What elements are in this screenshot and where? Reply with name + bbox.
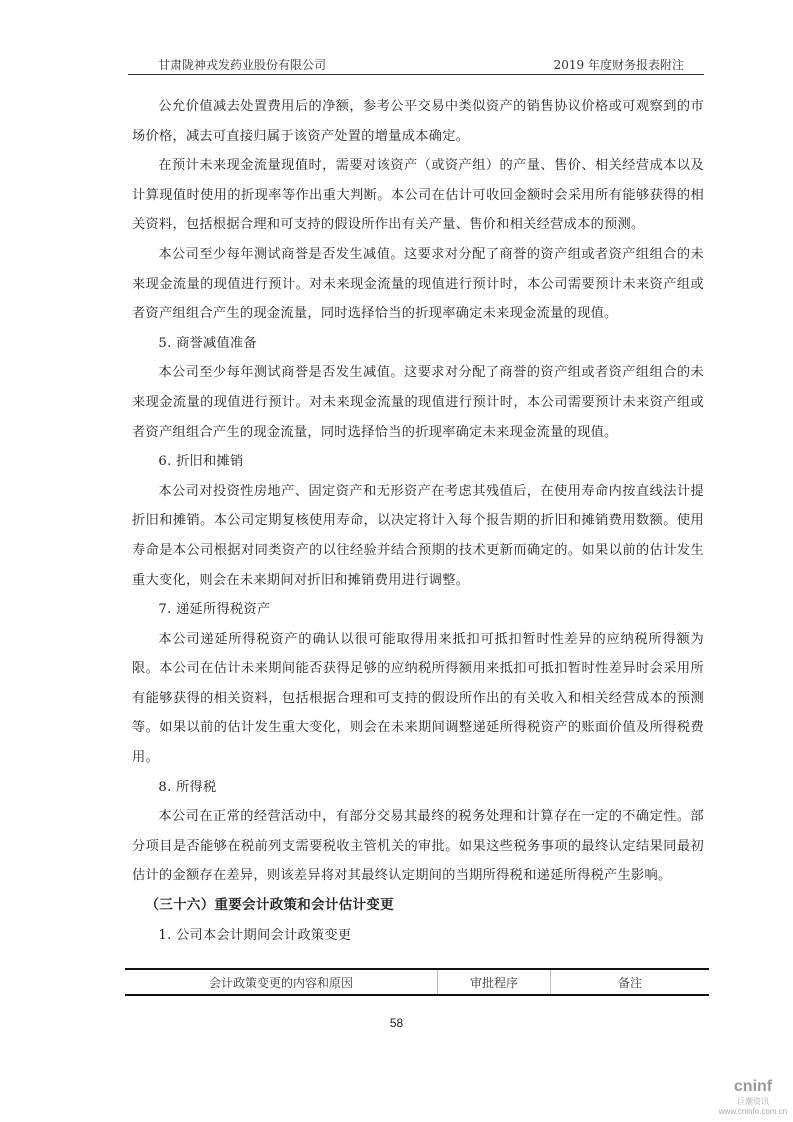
cninfo-logo: cninf — [718, 1078, 788, 1096]
subheading: 1. 公司本会计期间会计政策变更 — [132, 921, 704, 951]
subheading: 6. 折旧和摊销 — [132, 447, 704, 477]
paragraph: 本公司递延所得税资产的确认以很可能取得用来抵扣可抵扣暂时性差异的应纳税所得额为限… — [132, 625, 704, 773]
paragraph: 本公司至少每年测试商誉是否发生减值。这要求对分配了商誉的资产组或者资产组组合的未… — [132, 240, 704, 329]
subheading: 7. 递延所得税资产 — [132, 595, 704, 625]
document-body: 公允价值减去处置费用后的净额，参考公平交易中类似资产的销售协议价格或可观察到的市… — [132, 92, 704, 950]
subheading: 5. 商誉减值准备 — [132, 329, 704, 359]
column-header-approval: 审批程序 — [438, 969, 551, 995]
paragraph: 本公司至少每年测试商誉是否发生减值。这要求对分配了商誉的资产组或者资产组组合的未… — [132, 358, 704, 447]
company-name: 甘肃陇神戎发药业股份有限公司 — [158, 56, 326, 73]
page-header: 甘肃陇神戎发药业股份有限公司 2019 年度财务报表附注 — [128, 50, 704, 75]
table-header-row: 会计政策变更的内容和原因 审批程序 备注 — [125, 969, 709, 995]
subheading: 8. 所得税 — [132, 773, 704, 803]
watermark-cn: 巨潮资讯 — [718, 1096, 788, 1107]
section-heading: （三十六）重要会计政策和会计估计变更 — [132, 891, 704, 921]
page-number: 58 — [0, 1016, 793, 1030]
cninfo-watermark: cninf 巨潮资讯 www.cninfo.com.cn — [718, 1078, 788, 1116]
policy-change-table: 会计政策变更的内容和原因 审批程序 备注 — [125, 968, 709, 996]
report-title: 2019 年度财务报表附注 — [554, 56, 684, 73]
watermark-url: www.cninfo.com.cn — [718, 1107, 788, 1116]
paragraph: 公允价值减去处置费用后的净额，参考公平交易中类似资产的销售协议价格或可观察到的市… — [132, 92, 704, 151]
paragraph: 在预计未来现金流量现值时，需要对该资产（或资产组）的产量、售价、相关经营成本以及… — [132, 151, 704, 240]
column-header-notes: 备注 — [551, 969, 710, 995]
paragraph: 本公司对投资性房地产、固定资产和无形资产在考虑其残值后，在使用寿命内按直线法计提… — [132, 477, 704, 595]
column-header-content: 会计政策变更的内容和原因 — [125, 969, 438, 995]
paragraph: 本公司在正常的经营活动中，有部分交易其最终的税务处理和计算存在一定的不确定性。部… — [132, 802, 704, 891]
